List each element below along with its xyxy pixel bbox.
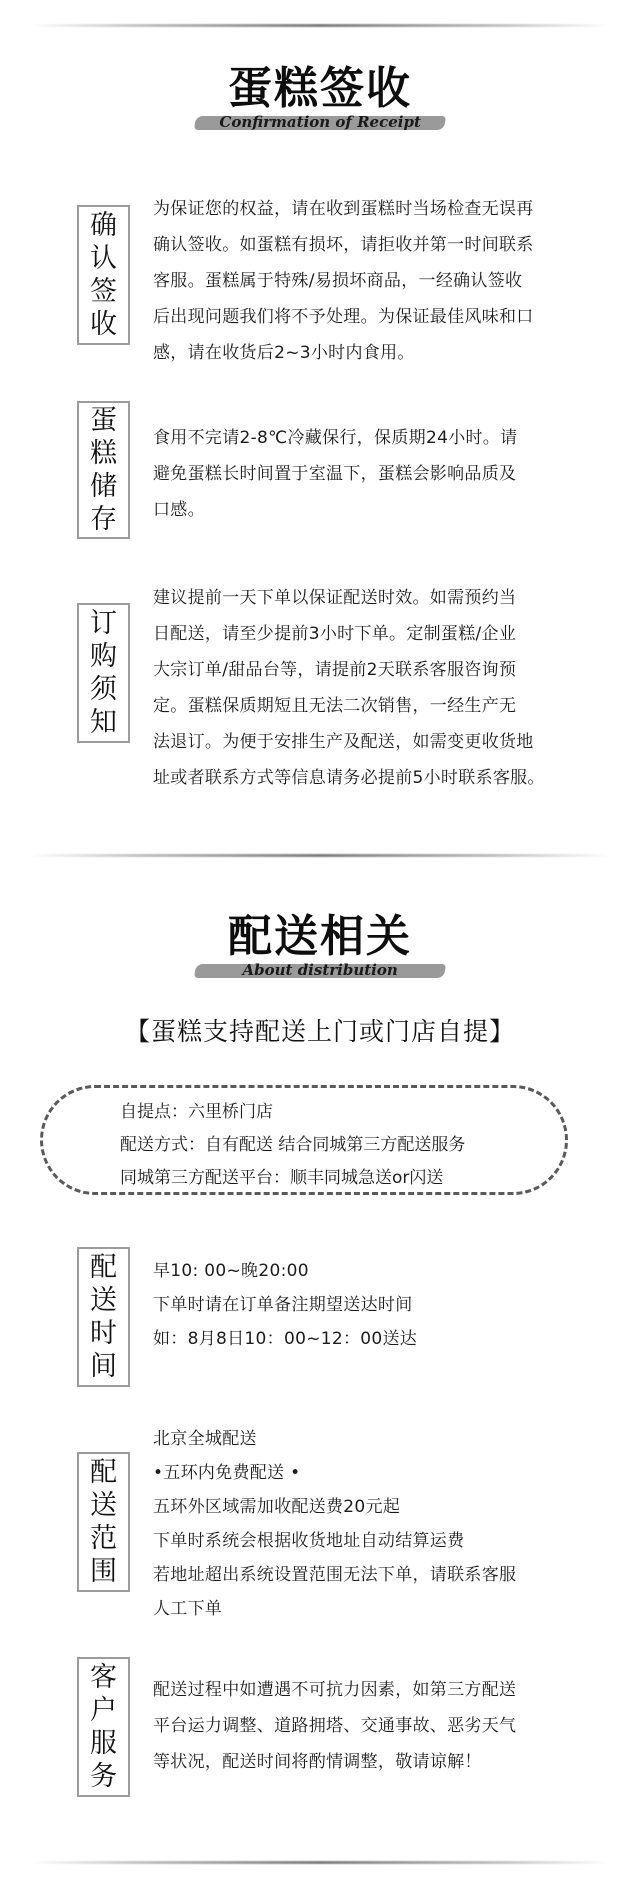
label-char: 确 xyxy=(90,209,117,242)
label-delivery-time: 配 送 时 间 xyxy=(77,1247,130,1387)
text-line: 日配送，请至少提前3小时下单。定制蛋糕/企业 xyxy=(153,616,583,652)
section-title-cn: 蛋糕签收 xyxy=(0,64,640,114)
text-line: 为保证您的权益，请在收到蛋糕时当场检查无误再 xyxy=(153,191,583,227)
section-subtitle-en: About distribution xyxy=(195,961,445,979)
bottom-divider xyxy=(30,1861,610,1864)
paragraph-order-notice: 建议提前一天下单以保证配送时效。如需预约当 日配送，请至少提前3小时下单。定制蛋… xyxy=(153,580,583,796)
paragraph-delivery-time: 早10: 00~晚20:00 下单时请在订单备注期望送达时间 如：8月8日10：… xyxy=(153,1254,583,1356)
text-line: •五环内免费配送 • xyxy=(153,1456,583,1490)
label-char: 配 xyxy=(90,1456,117,1489)
subtitle-banner: Confirmation of Receipt xyxy=(194,116,446,130)
label-char: 糕 xyxy=(90,437,117,470)
label-char: 户 xyxy=(90,1694,117,1727)
label-order-notice: 订 购 须 知 xyxy=(77,603,130,743)
text-line: 下单时请在订单备注期望送达时间 xyxy=(153,1288,583,1322)
pickup-point: 自提点：六里桥门店 xyxy=(120,1096,465,1129)
label-char: 送 xyxy=(90,1489,117,1522)
delivery-headline: 【蛋糕支持配送上门或门店自提】 xyxy=(0,1012,640,1048)
section-title-cn: 配送相关 xyxy=(0,912,640,962)
label-char: 服 xyxy=(90,1727,117,1760)
label-char: 购 xyxy=(90,640,117,673)
section-title-delivery: 配送相关 About distribution xyxy=(0,912,640,978)
label-char: 务 xyxy=(90,1760,117,1793)
text-line: 人工下单 xyxy=(153,1592,583,1626)
subtitle-banner: About distribution xyxy=(194,964,446,978)
label-char: 蛋 xyxy=(90,404,117,437)
text-line: 早10: 00~晚20:00 xyxy=(153,1254,583,1288)
text-line: 址或者联系方式等信息请务必提前5小时联系客服。 xyxy=(153,760,583,796)
paragraph-confirm-receipt: 为保证您的权益，请在收到蛋糕时当场检查无误再 确认签收。如蛋糕有损坏，请拒收并第… xyxy=(153,191,583,371)
text-line: 五环外区域需加收配送费20元起 xyxy=(153,1490,583,1524)
text-line: 北京全城配送 xyxy=(153,1422,583,1456)
text-line: 感，请在收货后2~3小时内食用。 xyxy=(153,335,583,371)
label-char: 配 xyxy=(90,1251,117,1284)
label-confirm-receipt: 确 认 签 收 xyxy=(77,205,130,345)
text-line: 平台运力调整、道路拥塔、交通事故、恶劣天气 xyxy=(153,1708,583,1744)
label-char: 签 xyxy=(90,275,117,308)
label-char: 收 xyxy=(90,308,117,341)
label-char: 范 xyxy=(90,1522,117,1555)
text-line: 配送过程中如遭遇不可抗力因素，如第三方配送 xyxy=(153,1672,583,1708)
text-line: 食用不完请2-8℃冷藏保行，保质期24小时。请 xyxy=(153,420,583,456)
text-line: 大宗订单/甜品台等，请提前2天联系客服咨询预 xyxy=(153,652,583,688)
section-title-receipt: 蛋糕签收 Confirmation of Receipt xyxy=(0,64,640,130)
label-char: 知 xyxy=(90,706,117,739)
label-char: 客 xyxy=(90,1661,117,1694)
paragraph-customer-service: 配送过程中如遭遇不可抗力因素，如第三方配送 平台运力调整、道路拥塔、交通事故、恶… xyxy=(153,1672,583,1780)
label-char: 须 xyxy=(90,673,117,706)
label-char: 围 xyxy=(90,1555,117,1588)
paragraph-cake-storage: 食用不完请2-8℃冷藏保行，保质期24小时。请 避免蛋糕长时间置于室温下，蛋糕会… xyxy=(153,420,583,528)
text-line: 若地址超出系统设置范围无法下单，请联系客服 xyxy=(153,1558,583,1592)
pickup-info: 自提点：六里桥门店 配送方式：自有配送 结合同城第三方配送服务 同城第三方配送平… xyxy=(120,1096,465,1195)
text-line: 下单时系统会根据收货地址自动结算运费 xyxy=(153,1524,583,1558)
text-line: 确认签收。如蛋糕有损坏，请拒收并第一时间联系 xyxy=(153,227,583,263)
third-party-platform: 同城第三方配送平台：顺丰同城急送or闪送 xyxy=(120,1162,465,1195)
label-customer-service: 客 户 服 务 xyxy=(77,1657,130,1797)
top-divider xyxy=(30,24,610,27)
text-line: 等状况，配送时间将酌情调整，敬请谅解！ xyxy=(153,1744,583,1780)
delivery-method: 配送方式：自有配送 结合同城第三方配送服务 xyxy=(120,1129,465,1162)
label-cake-storage: 蛋 糕 储 存 xyxy=(77,401,130,539)
section-subtitle-en: Confirmation of Receipt xyxy=(195,113,445,131)
label-char: 储 xyxy=(90,470,117,503)
label-char: 间 xyxy=(90,1350,117,1383)
text-line: 口感。 xyxy=(153,492,583,528)
text-line: 后出现问题我们将不予处理。为保证最佳风味和口 xyxy=(153,299,583,335)
label-delivery-scope: 配 送 范 围 xyxy=(77,1452,130,1592)
label-char: 存 xyxy=(90,503,117,536)
paragraph-delivery-scope: 北京全城配送 •五环内免费配送 • 五环外区域需加收配送费20元起 下单时系统会… xyxy=(153,1422,583,1626)
text-line: 定。蛋糕保质期短且无法二次销售，一经生产无 xyxy=(153,688,583,724)
text-line: 法退订。为便于安排生产及配送，如需变更收货地 xyxy=(153,724,583,760)
label-char: 时 xyxy=(90,1317,117,1350)
text-line: 如：8月8日10：00~12：00送达 xyxy=(153,1322,583,1356)
text-line: 客服。蛋糕属于特殊/易损坏商品，一经确认签收 xyxy=(153,263,583,299)
label-char: 认 xyxy=(90,242,117,275)
label-char: 送 xyxy=(90,1284,117,1317)
text-line: 避免蛋糕长时间置于室温下，蛋糕会影响品质及 xyxy=(153,456,583,492)
label-char: 订 xyxy=(90,607,117,640)
text-line: 建议提前一天下单以保证配送时效。如需预约当 xyxy=(153,580,583,616)
section-divider xyxy=(30,854,610,857)
